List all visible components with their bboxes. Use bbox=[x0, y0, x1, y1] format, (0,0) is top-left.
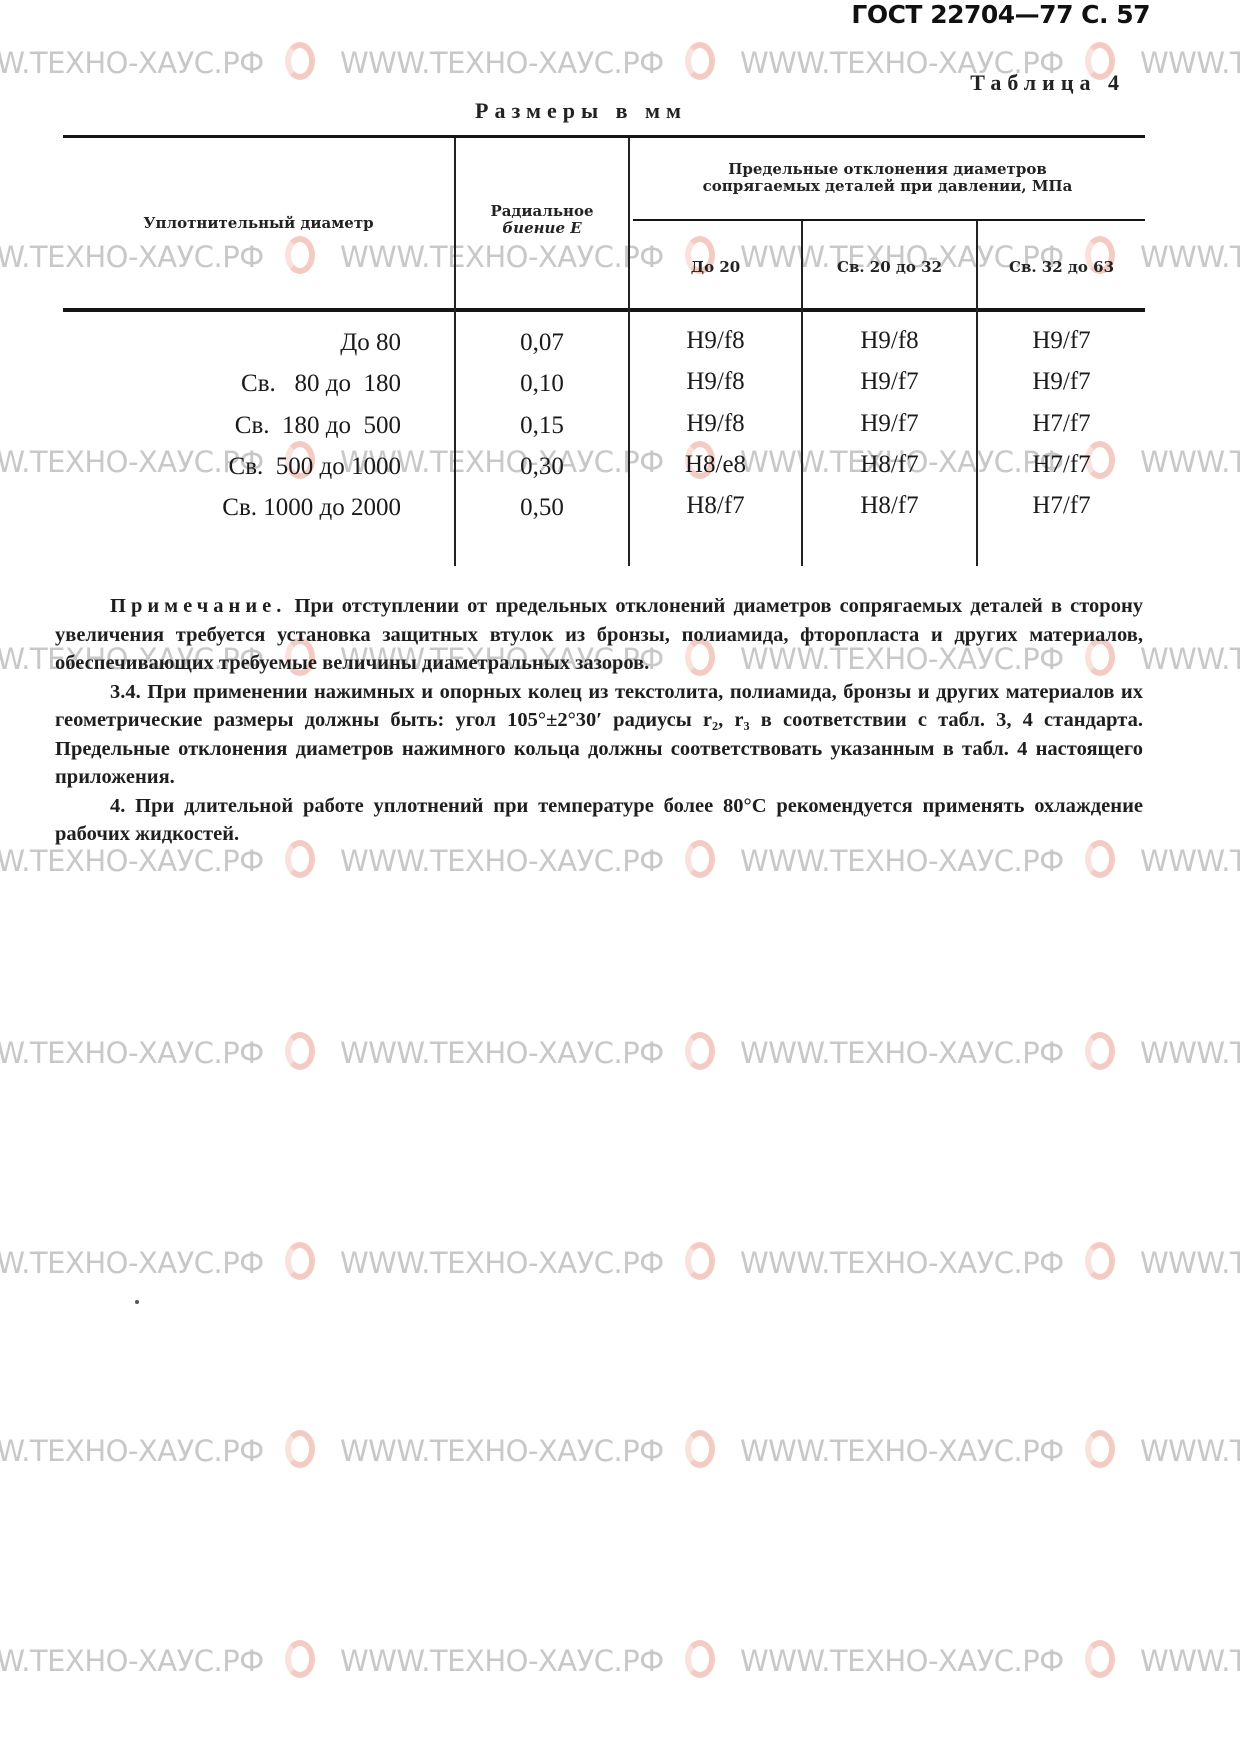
row-diameter: Св. 180 до 500 bbox=[81, 412, 401, 440]
row-runout: 0,30 bbox=[456, 453, 628, 481]
page-header: ГОСТ 22704—77 С. 57 bbox=[851, 0, 1150, 29]
row-fit: H8/e8 bbox=[630, 451, 801, 479]
document-page: ГОСТ 22704—77 С. 57 Таблица 4 Размеры в … bbox=[0, 0, 1240, 1755]
subheader-rule bbox=[633, 219, 1145, 221]
row-fit: H8/f7 bbox=[630, 492, 801, 520]
row-runout: 0,50 bbox=[456, 494, 628, 522]
header-pressure-2: Св. 32 до 63 bbox=[978, 259, 1145, 276]
header-deviations: Предельные отклонения диаметров сопрягае… bbox=[630, 161, 1145, 195]
row-fit: H7/f7 bbox=[978, 492, 1145, 520]
fits-table: Уплотнительный диаметр Радиальное биение… bbox=[63, 135, 1145, 567]
row-runout: 0,07 bbox=[456, 329, 628, 357]
header-deviations-line1: Предельные отклонения диаметров bbox=[630, 161, 1145, 178]
header-bottom-rule bbox=[63, 308, 1145, 312]
row-fit: H9/f8 bbox=[630, 327, 801, 355]
header-runout: Радиальное биение E bbox=[456, 203, 628, 237]
table-top-rule bbox=[63, 135, 1145, 138]
header-runout-line1: Радиальное bbox=[456, 203, 628, 220]
header-pressure-0: До 20 bbox=[630, 259, 801, 276]
paragraph-4: 4. При длительной работе уплотнений при … bbox=[55, 792, 1143, 849]
row-fit: H7/f7 bbox=[978, 410, 1145, 438]
header-deviations-line2: сопрягаемых деталей при давлении, МПа bbox=[630, 178, 1145, 195]
row-fit: H7/f7 bbox=[978, 451, 1145, 479]
header-diameter: Уплотнительный диаметр bbox=[63, 215, 454, 232]
row-fit: H9/f7 bbox=[978, 327, 1145, 355]
row-fit: H9/f7 bbox=[803, 368, 976, 396]
row-diameter: До 80 bbox=[81, 329, 401, 357]
table-number: Таблица 4 bbox=[970, 70, 1125, 96]
row-diameter: Св. 80 до 180 bbox=[81, 370, 401, 398]
row-diameter: Св. 1000 до 2000 bbox=[81, 494, 401, 522]
header-pressure-1: Св. 20 до 32 bbox=[803, 259, 976, 276]
row-fit: H8/f7 bbox=[803, 451, 976, 479]
row-fit: H8/f7 bbox=[803, 492, 976, 520]
header-runout-line2: биение E bbox=[456, 220, 628, 237]
units-caption: Размеры в мм bbox=[475, 98, 687, 124]
paragraph-3-4: 3.4. При применении нажимных и опорных к… bbox=[55, 678, 1143, 792]
row-fit: H9/f7 bbox=[803, 410, 976, 438]
row-runout: 0,15 bbox=[456, 412, 628, 440]
row-fit: H9/f7 bbox=[978, 368, 1145, 396]
row-fit: H9/f8 bbox=[803, 327, 976, 355]
row-fit: H9/f8 bbox=[630, 368, 801, 396]
row-fit: H9/f8 bbox=[630, 410, 801, 438]
notes-section: Примечание. При отступлении от предельны… bbox=[55, 592, 1143, 849]
row-runout: 0,10 bbox=[456, 370, 628, 398]
note-paragraph: Примечание. При отступлении от предельны… bbox=[55, 592, 1143, 678]
scan-speck bbox=[135, 1300, 139, 1304]
note-label: Примечание. bbox=[110, 595, 286, 617]
row-diameter: Св. 500 до 1000 bbox=[81, 453, 401, 481]
